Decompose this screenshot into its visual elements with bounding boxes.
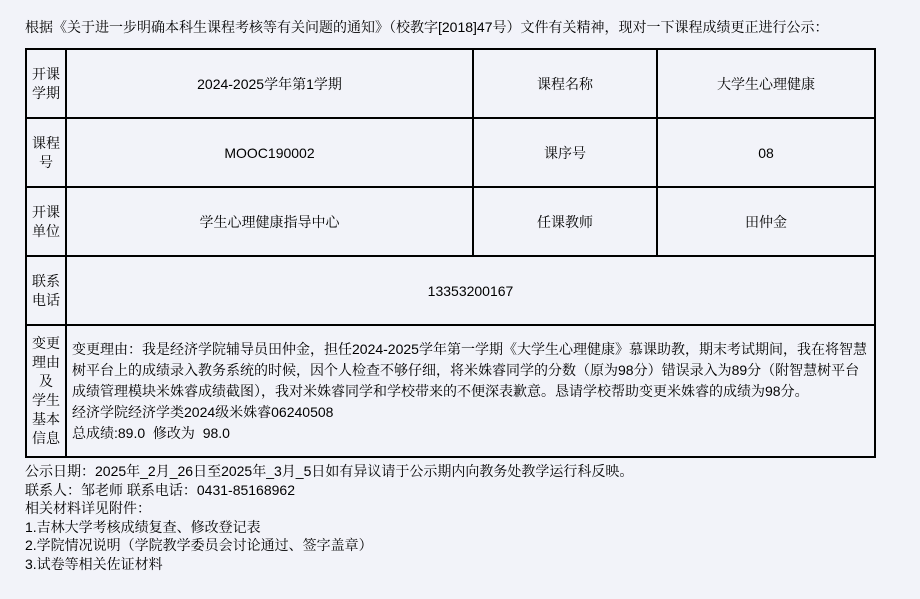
- semester-value: 2024-2025学年第1学期: [66, 49, 473, 118]
- notice-intro: 根据《关于进一步明确本科生课程考核等有关问题的通知》（校教字[2018]47号）…: [25, 18, 889, 37]
- course-name-value: 大学生心理健康: [657, 49, 875, 118]
- phone-value: 13353200167: [66, 256, 875, 325]
- grade-correction-table: 开课 学期 2024-2025学年第1学期 课程名称 大学生心理健康 课程 号 …: [25, 48, 876, 458]
- contact-line: 联系人：邹老师 联系电话：0431-85168962: [25, 481, 895, 500]
- attachment-item: 1.吉林大学考核成绩复查、修改登记表: [25, 518, 895, 537]
- semester-label: 开课 学期: [26, 49, 66, 118]
- reason-text: 变更理由：我是经济学院辅导员田仲金，担任2024-2025学年第一学期《大学生心…: [66, 325, 875, 457]
- grade-correction-notice-page: 根据《关于进一步明确本科生课程考核等有关问题的通知》（校教字[2018]47号）…: [0, 0, 920, 599]
- teacher-value: 田仲金: [657, 187, 875, 256]
- table-row-semester: 开课 学期 2024-2025学年第1学期 课程名称 大学生心理健康: [26, 49, 875, 118]
- notice-footer: 公示日期：2025年_2月_26日至2025年_3月_5日如有异议请于公示期内向…: [25, 462, 895, 573]
- course-no-value: MOOC190002: [66, 118, 473, 187]
- teacher-label: 任课教师: [473, 187, 657, 256]
- class-no-value: 08: [657, 118, 875, 187]
- table-row-department: 开课 单位 学生心理健康指导中心 任课教师 田仲金: [26, 187, 875, 256]
- reason-label: 变更 理由 及 学生 基本 信息: [26, 325, 66, 457]
- course-no-label: 课程 号: [26, 118, 66, 187]
- table-row-phone: 联系 电话 13353200167: [26, 256, 875, 325]
- attachment-item: 2.学院情况说明（学院教学委员会讨论通过、签字盖章）: [25, 536, 895, 555]
- table-row-course-no: 课程 号 MOOC190002 课序号 08: [26, 118, 875, 187]
- course-name-label: 课程名称: [473, 49, 657, 118]
- department-label: 开课 单位: [26, 187, 66, 256]
- attachment-item: 3.试卷等相关佐证材料: [25, 555, 895, 574]
- attachments-title: 相关材料详见附件：: [25, 499, 895, 518]
- publicity-period-line: 公示日期：2025年_2月_26日至2025年_3月_5日如有异议请于公示期内向…: [25, 462, 895, 481]
- table-row-reason: 变更 理由 及 学生 基本 信息 变更理由：我是经济学院辅导员田仲金，担任202…: [26, 325, 875, 457]
- department-value: 学生心理健康指导中心: [66, 187, 473, 256]
- phone-label: 联系 电话: [26, 256, 66, 325]
- class-no-label: 课序号: [473, 118, 657, 187]
